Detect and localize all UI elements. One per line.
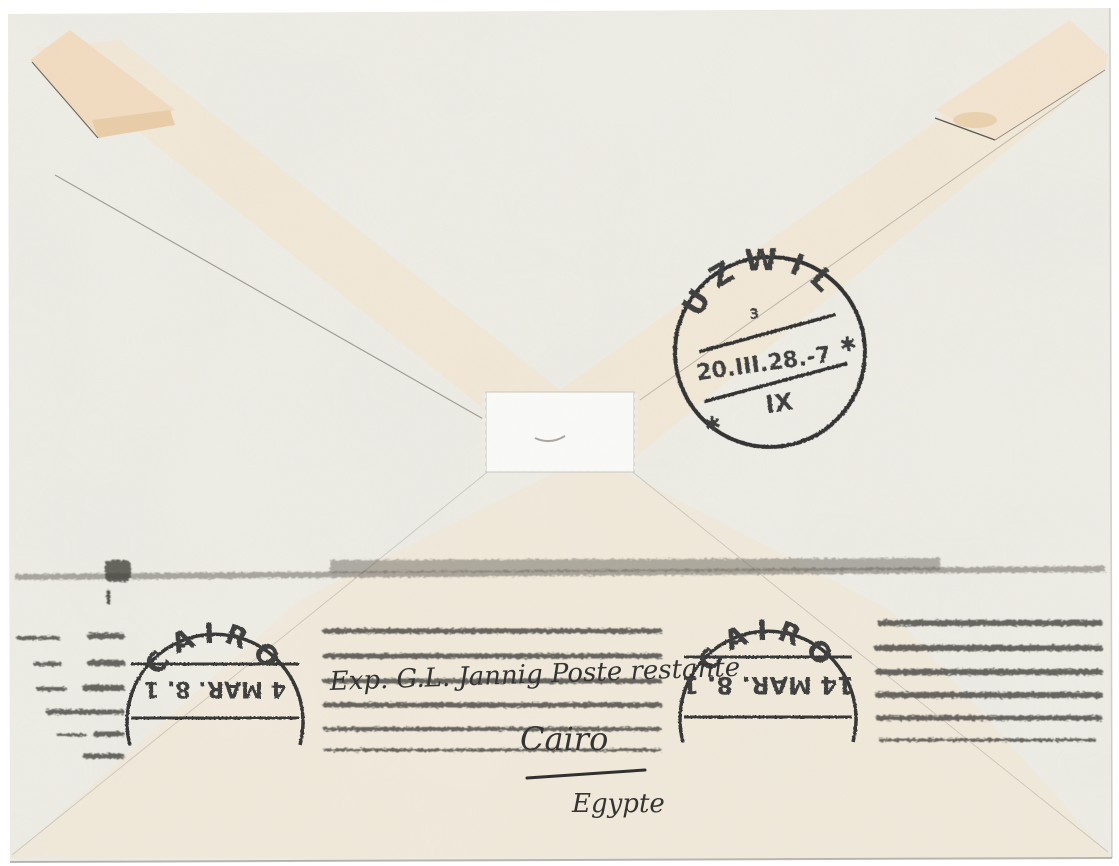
envelope-scene: UZWIL 3 20.III.28.-7 IX ✱ ✱ CAIRO 4 MAR.… [0, 0, 1119, 866]
